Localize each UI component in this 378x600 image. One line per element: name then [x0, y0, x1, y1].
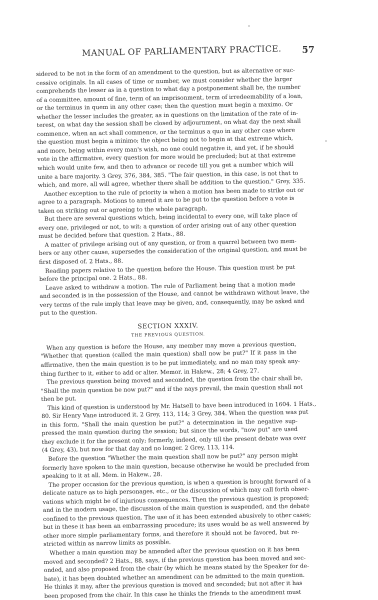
- text-block-continuation: sidered to be not in the form of an amen…: [36, 67, 296, 319]
- running-title: MANUAL OF PARLIAMENTARY PRACTICE.: [82, 44, 312, 59]
- document-page: MANUAL OF PARLIAMENTARY PRACTICE. 57 sid…: [0, 0, 378, 600]
- scan-speck: [325, 140, 327, 142]
- scan-speck: [248, 25, 250, 27]
- body-text: sidered to be not in the form of an amen…: [36, 67, 300, 600]
- scan-speck: [85, 580, 87, 582]
- text-block-previous-question: When any question is before the House, a…: [40, 341, 300, 600]
- page-number: 57: [302, 46, 315, 56]
